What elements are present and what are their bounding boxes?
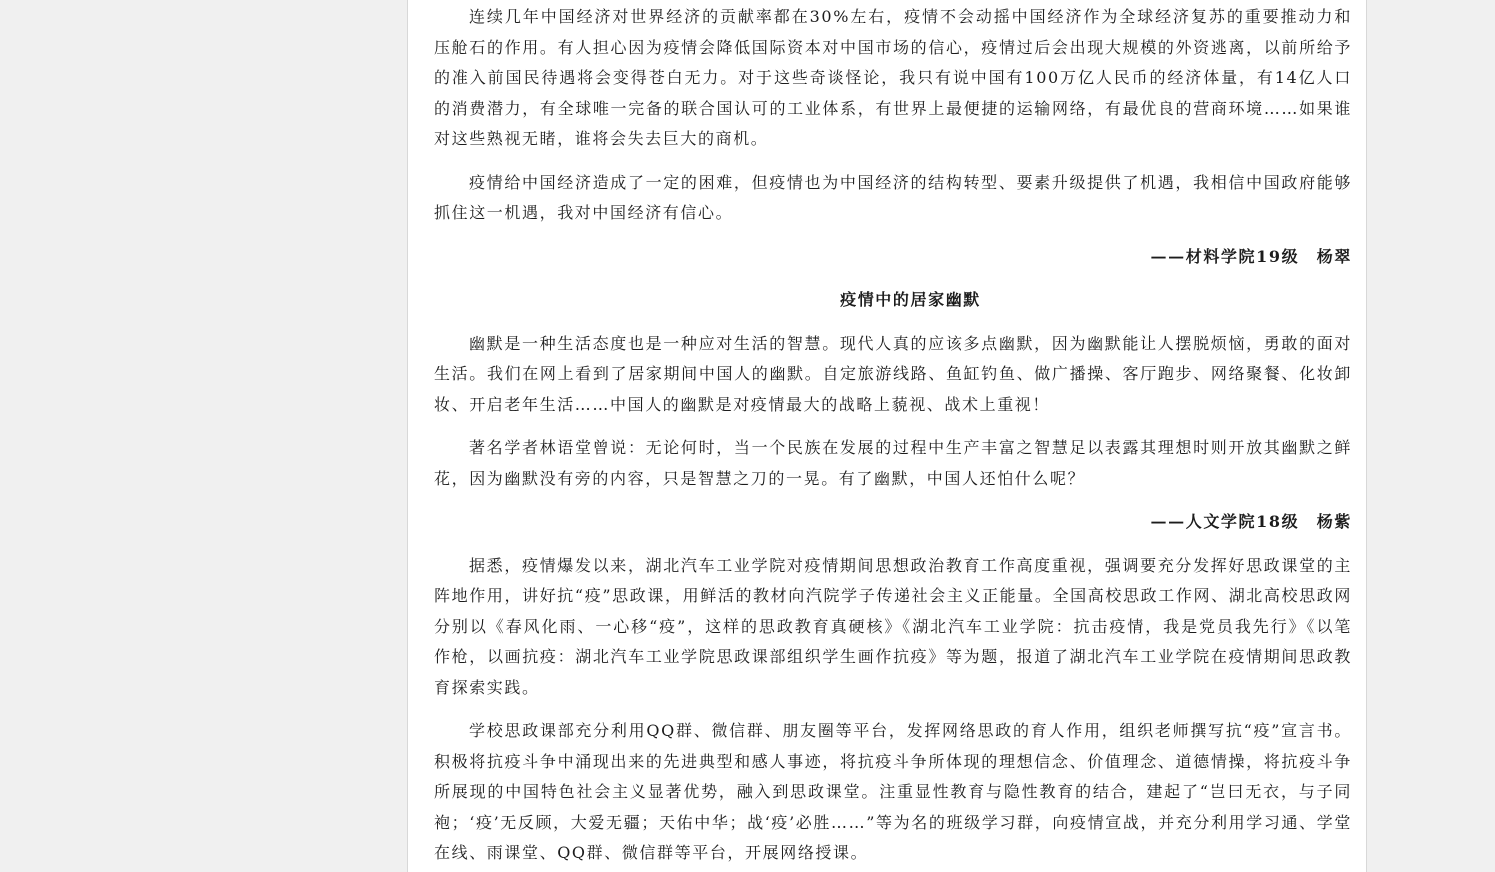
section-heading-home-humor: 疫情中的居家幽默 bbox=[434, 285, 1352, 316]
paragraph-university-ideology-education: 据悉，疫情爆发以来，湖北汽车工业学院对疫情期间思想政治教育工作高度重视，强调要充… bbox=[434, 551, 1352, 704]
document-content: 连续几年中国经济对世界经济的贡献率都在30%左右，疫情不会动摇中国经济作为全球经… bbox=[408, 0, 1366, 869]
document-page[interactable]: 连续几年中国经济对世界经济的贡献率都在30%左右，疫情不会动摇中国经济作为全球经… bbox=[407, 0, 1367, 872]
paragraph-humor-attitude: 幽默是一种生活态度也是一种应对生活的智慧。现代人真的应该多点幽默，因为幽默能让人… bbox=[434, 329, 1352, 421]
paragraph-economy-confidence: 疫情给中国经济造成了一定的困难，但疫情也为中国经济的结构转型、要素升级提供了机遇… bbox=[434, 168, 1352, 229]
paragraph-economy-contribution: 连续几年中国经济对世界经济的贡献率都在30%左右，疫情不会动摇中国经济作为全球经… bbox=[434, 2, 1352, 155]
signature-materials-college: ——材料学院19级 杨翠 bbox=[434, 242, 1352, 273]
signature-humanities-college: ——人文学院18级 杨紫 bbox=[434, 507, 1352, 538]
document-canvas: { "theme": { "canvas_bg": "#f0f0f0", "pa… bbox=[0, 0, 1495, 872]
paragraph-online-teaching-platforms: 学校思政课部充分利用QQ群、微信群、朋友圈等平台，发挥网络思政的育人作用，组织老… bbox=[434, 716, 1352, 869]
paragraph-linyutang-quote: 著名学者林语堂曾说：无论何时，当一个民族在发展的过程中生产丰富之智慧足以表露其理… bbox=[434, 433, 1352, 494]
